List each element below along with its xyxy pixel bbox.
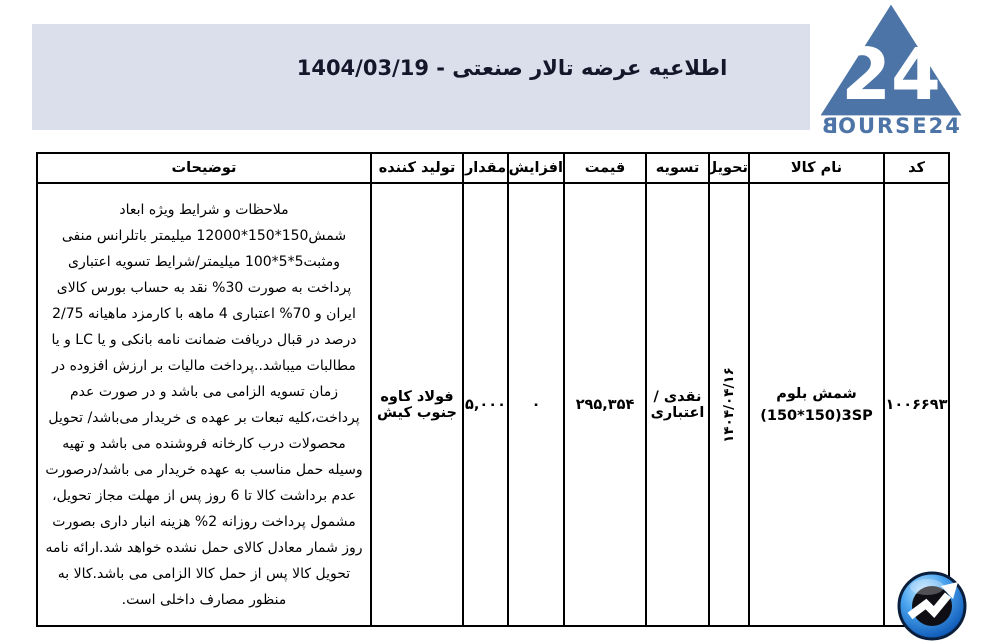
offering-table-wrapper: کد نام کالا تحویل تسویه قیمت افزایش مقدا… bbox=[36, 152, 950, 627]
announcement-page: اطلاعیه عرضه تالار صنعتی - 1404/03/19 24… bbox=[0, 0, 982, 643]
mirrored-b-letter: B bbox=[820, 116, 838, 136]
col-header-quantity: مقدار bbox=[463, 153, 508, 183]
offering-table: کد نام کالا تحویل تسویه قیمت افزایش مقدا… bbox=[36, 152, 950, 627]
cell-price: ۲۹۵,۳۵۴ bbox=[564, 183, 646, 626]
product-name-line2: (150*150)3SP bbox=[750, 405, 883, 427]
market-trend-icon bbox=[896, 570, 968, 642]
wordmark-rest: OURSE24 bbox=[838, 114, 962, 138]
col-header-increase: افزایش bbox=[508, 153, 564, 183]
cell-increase: ۰ bbox=[508, 183, 564, 626]
bourse24-triangle-icon: 24 bbox=[816, 2, 966, 118]
cell-settlement: نقدی / اعتباری bbox=[646, 183, 709, 626]
col-header-delivery: تحویل bbox=[709, 153, 749, 183]
col-header-product-name: نام کالا bbox=[749, 153, 884, 183]
col-header-code: کد bbox=[884, 153, 949, 183]
bourse24-wordmark: BOURSE24 bbox=[808, 116, 974, 136]
cell-code: ۱۰۰۶۶۹۳ bbox=[884, 183, 949, 626]
product-name-line1: شمش بلوم bbox=[750, 383, 883, 405]
col-header-price: قیمت bbox=[564, 153, 646, 183]
col-header-settlement: تسویه bbox=[646, 153, 709, 183]
bourse24-logo: 24 BOURSE24 bbox=[808, 2, 974, 144]
col-header-producer: تولید کننده bbox=[371, 153, 463, 183]
cell-producer: فولاد کاوه جنوب کیش bbox=[371, 183, 463, 626]
cell-quantity: ۵,۰۰۰ bbox=[463, 183, 508, 626]
delivery-date-rotated: ۱۴۰۴/۰۴/۱۶ bbox=[721, 367, 737, 443]
cell-product-name: شمش بلوم (150*150)3SP bbox=[749, 183, 884, 626]
cell-description: ملاحظات و شرایط ویژه ابعاد شمش150*150*12… bbox=[37, 183, 371, 626]
cell-delivery: ۱۴۰۴/۰۴/۱۶ bbox=[709, 183, 749, 626]
table-row: ۱۰۰۶۶۹۳ شمش بلوم (150*150)3SP ۱۴۰۴/۰۴/۱۶… bbox=[37, 183, 949, 626]
col-header-description: توضیحات bbox=[37, 153, 371, 183]
header-row: کد نام کالا تحویل تسویه قیمت افزایش مقدا… bbox=[37, 153, 949, 183]
svg-text:24: 24 bbox=[841, 33, 941, 116]
